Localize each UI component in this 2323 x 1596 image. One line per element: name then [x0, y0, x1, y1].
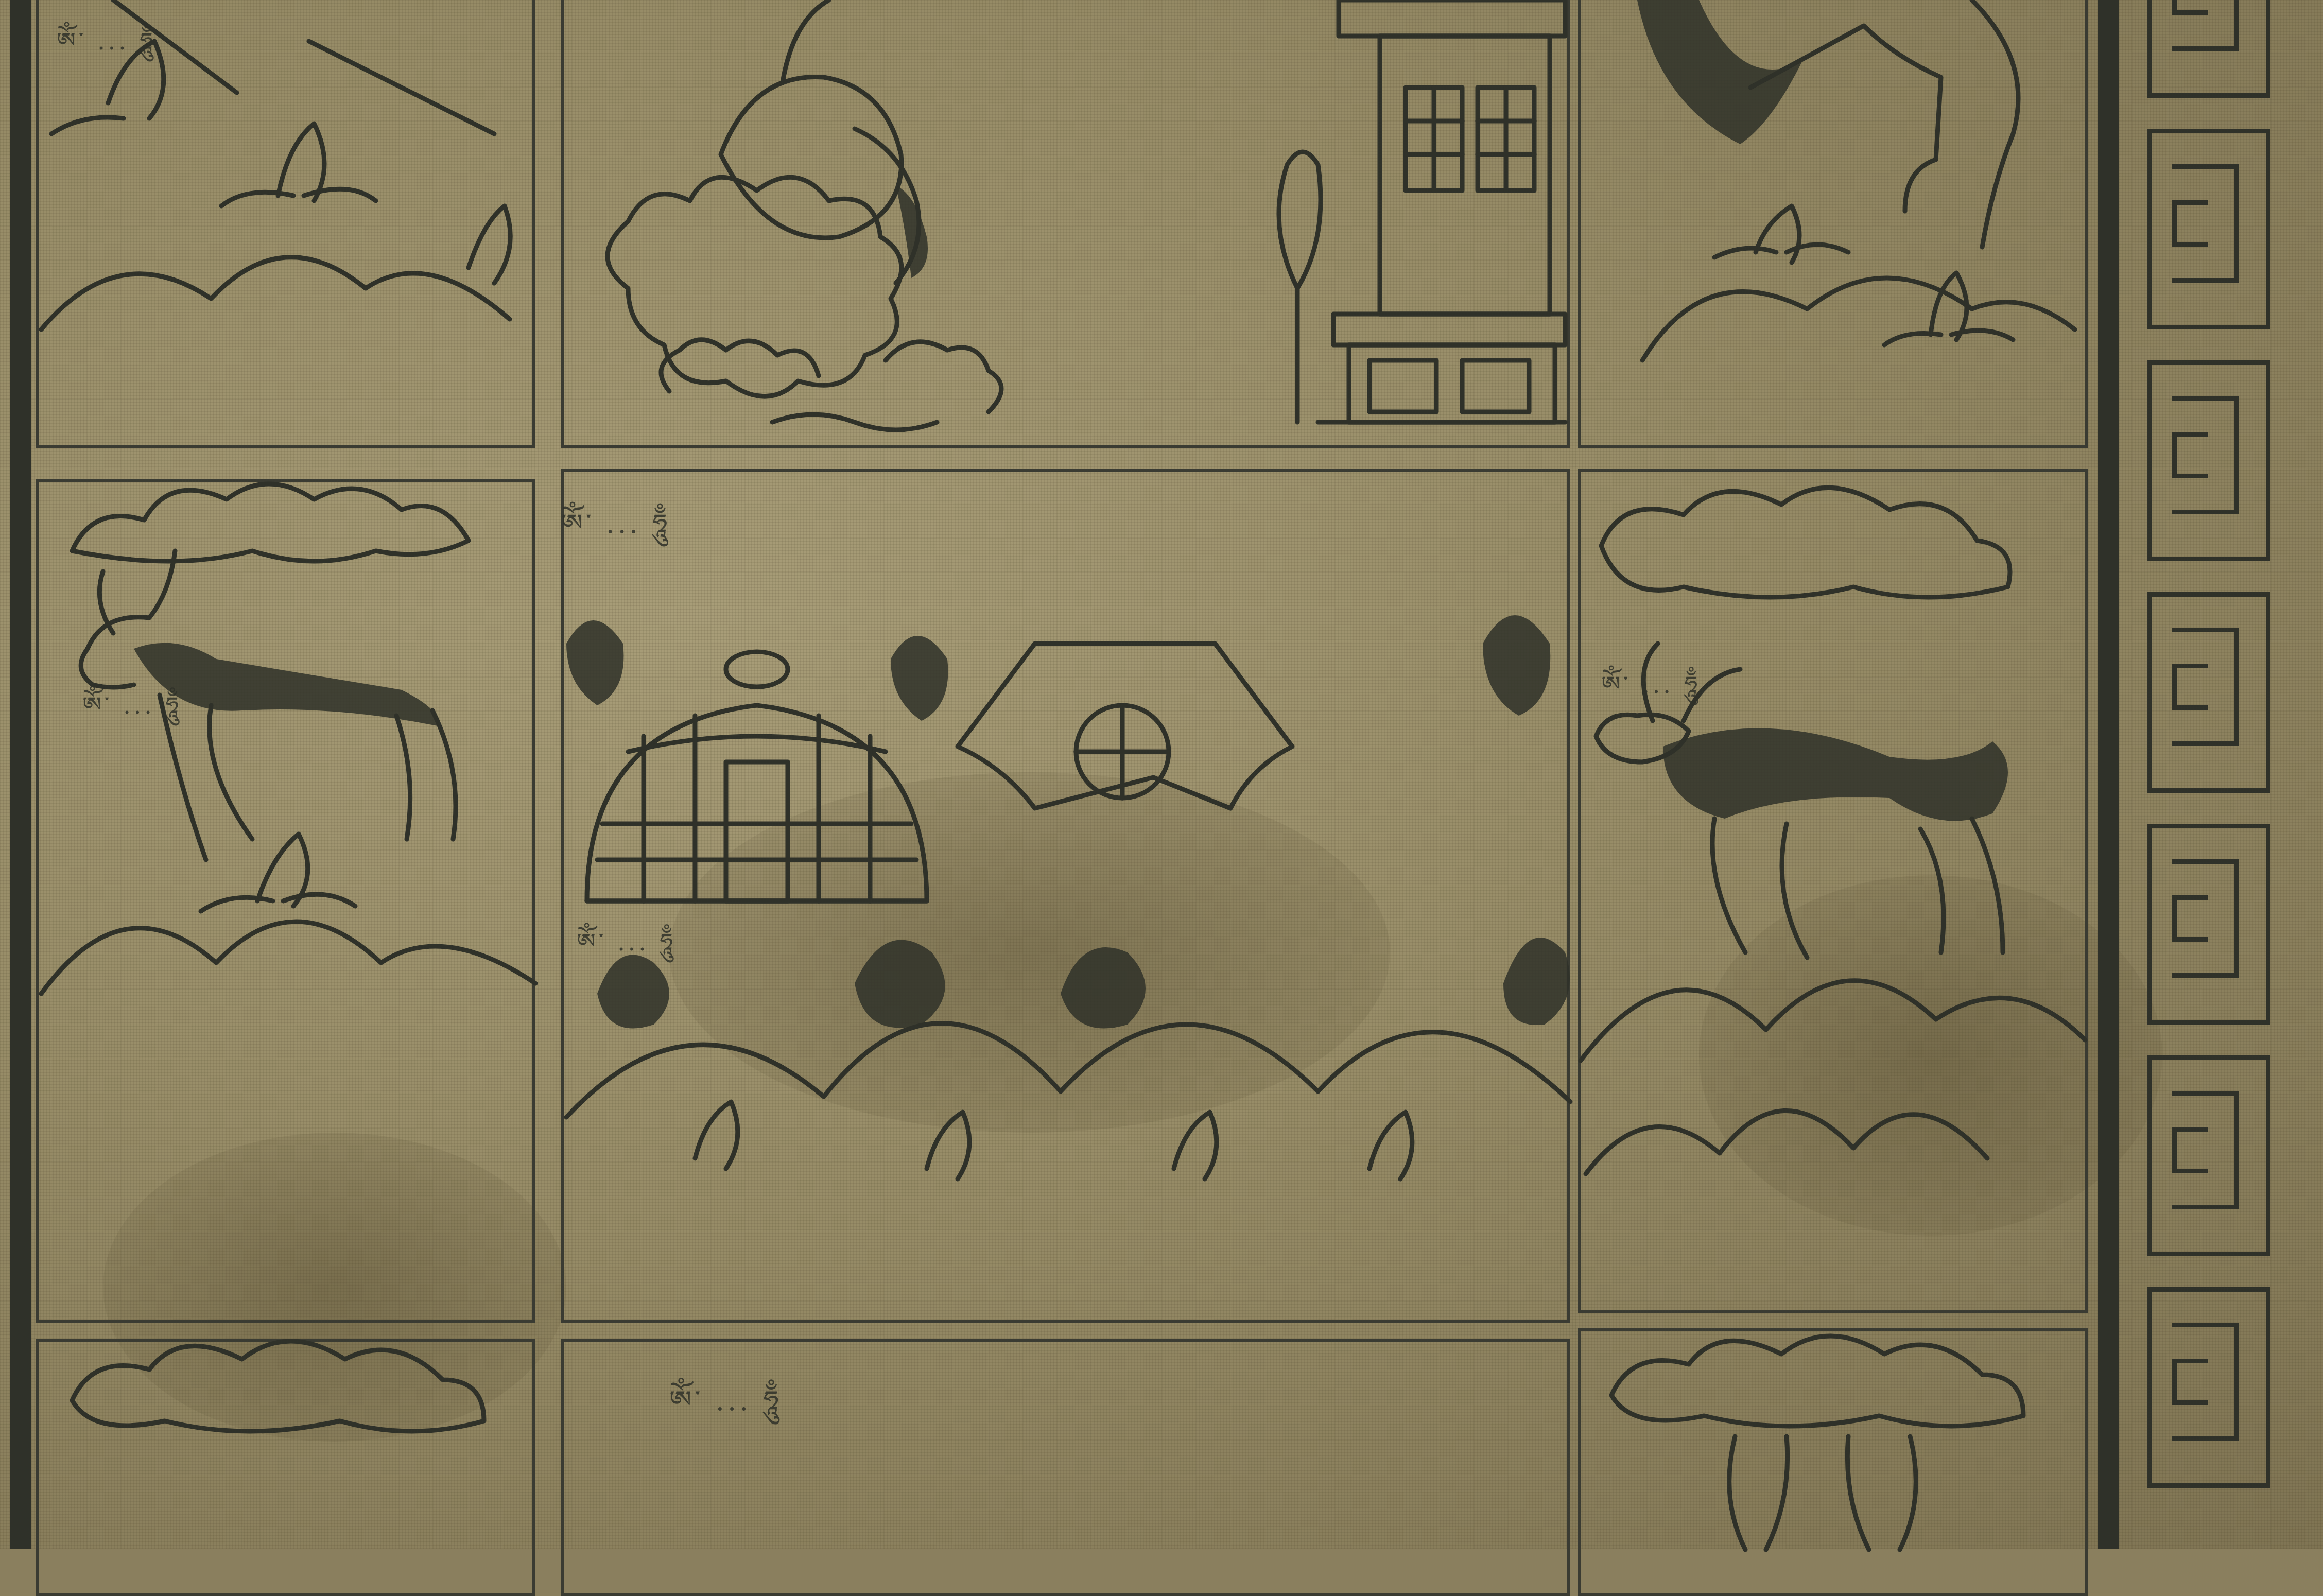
- tibetan-inscription: ༀ་ ... ཧཱུྃ: [577, 916, 676, 983]
- yurt-tent-scene-illustration: [566, 582, 1570, 1323]
- meander-border: [2131, 0, 2286, 1549]
- fret-unit: [2147, 1055, 2270, 1256]
- tibetan-inscription: ༀ་ ... ཧཱུྃ: [57, 15, 156, 82]
- fret-unit: [2147, 360, 2270, 561]
- right-border-band: [2098, 0, 2119, 1549]
- clouds-illustration: [41, 1339, 535, 1549]
- tibetan-inscription: ༀ་ ... ཧཱུྃ: [1601, 659, 1701, 725]
- fret-unit: [2147, 592, 2270, 793]
- goat-illustration: [41, 479, 535, 1323]
- tibetan-inscription: ༀ་ ... ཧཱུྃ: [82, 680, 182, 746]
- fret-unit: [2147, 129, 2270, 329]
- left-border-band: [10, 0, 31, 1549]
- tibetan-inscription: ༀ་ ... ཧཱུྃ: [561, 494, 670, 569]
- rider-on-clouds-illustration: [566, 0, 1133, 443]
- temple-illustration: [1256, 0, 1575, 443]
- yak-illustration: [1581, 479, 2085, 1323]
- horse-legs-plants-illustration: [1581, 0, 2085, 443]
- fret-unit: [2147, 824, 2270, 1025]
- clouds-roots-illustration: [1581, 1333, 2085, 1549]
- tibetan-prayer-text: ༀ་ ... ཧཱུྃ: [669, 1369, 782, 1448]
- fret-unit: [2147, 0, 2270, 98]
- fret-unit: [2147, 1287, 2270, 1488]
